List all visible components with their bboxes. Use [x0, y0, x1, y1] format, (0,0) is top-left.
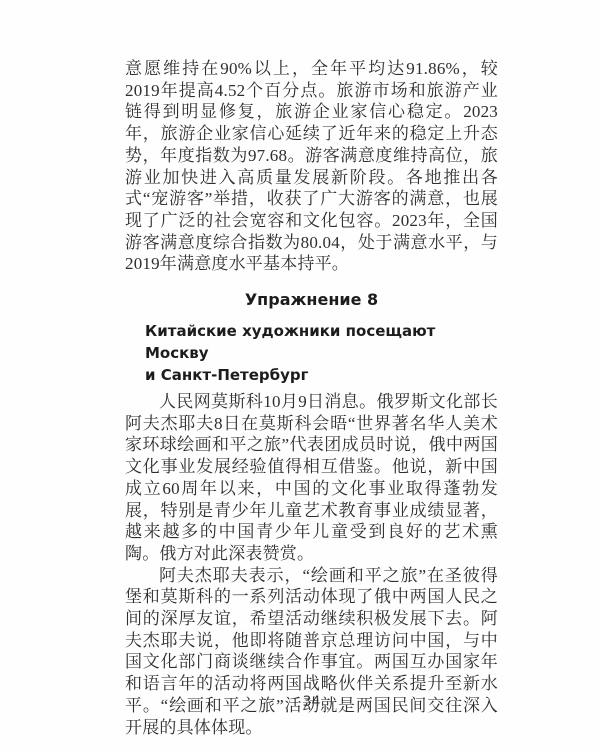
- paragraph-tourism-satisfaction: 意愿维持在90%以上，全年平均达91.86%，较2019年提高4.52个百分点。…: [125, 58, 498, 275]
- exercise-heading: Упражнение 8: [125, 290, 498, 309]
- lesson-title: Китайские художники посещают Москву и Са…: [125, 320, 498, 386]
- text-column: 意愿维持在90%以上，全年平均达91.86%，较2019年提高4.52个百分点。…: [125, 58, 498, 738]
- paragraph-news-artists-2: 阿夫杰耶夫表示，“绘画和平之旅”在圣彼得堡和莫斯科的一系列活动体现了俄中两国人民…: [125, 565, 498, 739]
- paragraph-news-artists-1: 人民网莫斯科10月9日消息。俄罗斯文化部长阿夫杰耶夫8日在莫斯科会晤“世界著名华…: [125, 391, 498, 565]
- page-number: 34: [125, 694, 498, 710]
- lesson-title-line2: и Санкт-Петербург: [145, 366, 308, 384]
- lesson-title-line1: Китайские художники посещают Москву: [145, 322, 435, 362]
- book-page: 意愿维持在90%以上，全年平均达91.86%，较2019年提高4.52个百分点。…: [0, 0, 600, 750]
